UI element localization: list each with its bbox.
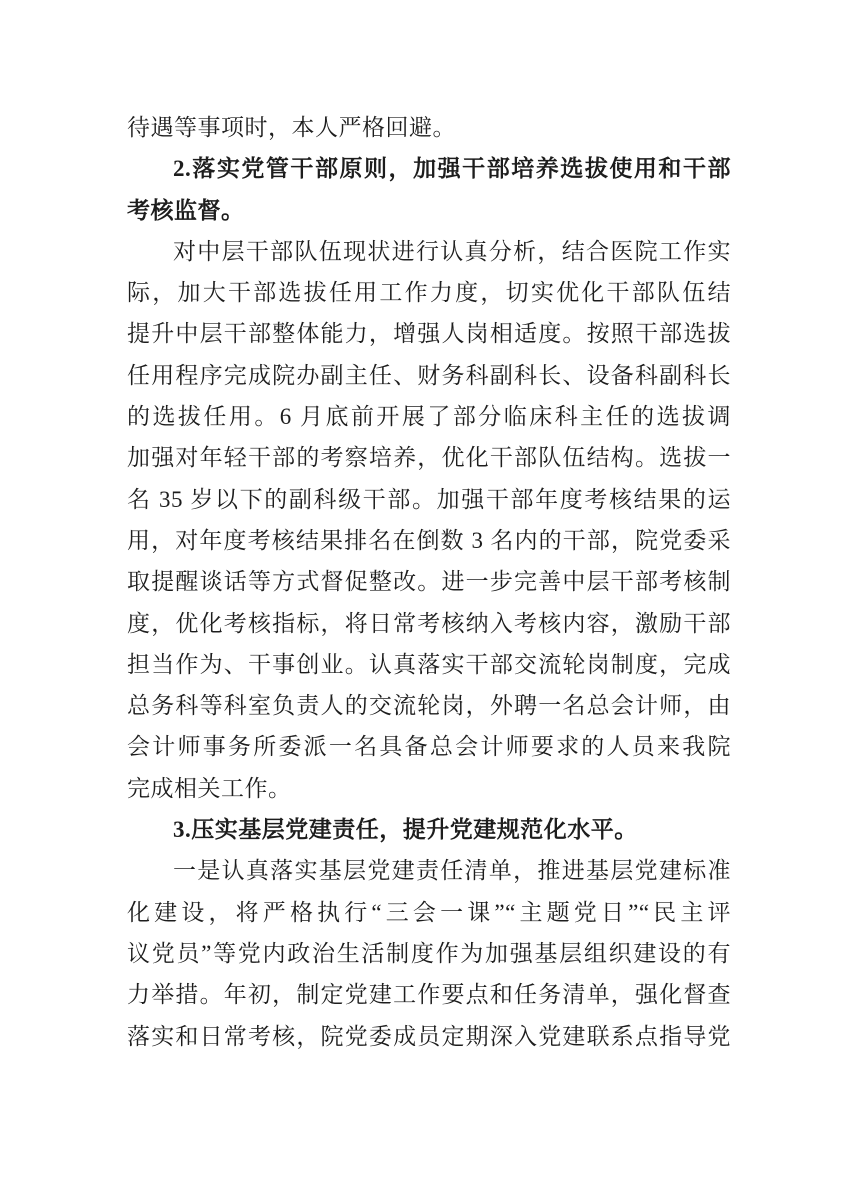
text-line: 待遇等事项时，本人严格回避。 bbox=[127, 107, 731, 148]
text-line: 3.压实基层党建责任，提升党建规范化水平。 bbox=[127, 809, 731, 850]
text-line: 力举措。年初，制定党建工作要点和任务清单，强化督查 bbox=[127, 974, 731, 1015]
text-line: 度，优化考核指标，将日常考核纳入考核内容，激励干部 bbox=[127, 603, 731, 644]
text-line: 总务科等科室负责人的交流轮岗，外聘一名总会计师，由 bbox=[127, 685, 731, 726]
text-line: 加强对年轻干部的考察培养，优化干部队伍结构。选拔一 bbox=[127, 437, 731, 478]
text-line: 化建设，将严格执行“三会一课”“主题党日”“民主评 bbox=[127, 892, 731, 933]
text-line: 际，加大干部选拔任用工作力度，切实优化干部队伍结构， bbox=[127, 272, 731, 313]
text-line: 完成相关工作。 bbox=[127, 768, 731, 809]
document-page: 待遇等事项时，本人严格回避。2.落实党管干部原则，加强干部培养选拔使用和干部考核… bbox=[0, 0, 848, 1200]
text-line: 取提醒谈话等方式督促整改。进一步完善中层干部考核制 bbox=[127, 561, 731, 602]
text-line: 任用程序完成院办副主任、财务科副科长、设备科副科长 bbox=[127, 355, 731, 396]
text-line: 2.落实党管干部原则，加强干部培养选拔使用和干部 bbox=[127, 148, 731, 189]
text-line: 议党员”等党内政治生活制度作为加强基层组织建设的有 bbox=[127, 933, 731, 974]
text-line: 一是认真落实基层党建责任清单，推进基层党建标准 bbox=[127, 850, 731, 891]
text-line: 会计师事务所委派一名具备总会计师要求的人员来我院 bbox=[127, 726, 731, 767]
text-line: 落实和日常考核，院党委成员定期深入党建联系点指导党 bbox=[127, 1016, 731, 1057]
text-line: 名 35 岁以下的副科级干部。加强干部年度考核结果的运 bbox=[127, 479, 731, 520]
text-line: 用，对年度考核结果排名在倒数 3 名内的干部，院党委采 bbox=[127, 520, 731, 561]
text-line: 担当作为、干事创业。认真落实干部交流轮岗制度，完成 bbox=[127, 644, 731, 685]
text-line: 提升中层干部整体能力，增强人岗相适度。按照干部选拔 bbox=[127, 313, 731, 354]
text-line: 对中层干部队伍现状进行认真分析，结合医院工作实 bbox=[127, 231, 731, 272]
text-line: 的选拔任用。6 月底前开展了部分临床科主任的选拔调整。 bbox=[127, 396, 731, 437]
document-text-block: 待遇等事项时，本人严格回避。2.落实党管干部原则，加强干部培养选拔使用和干部考核… bbox=[127, 107, 731, 1057]
text-line: 考核监督。 bbox=[127, 190, 731, 231]
